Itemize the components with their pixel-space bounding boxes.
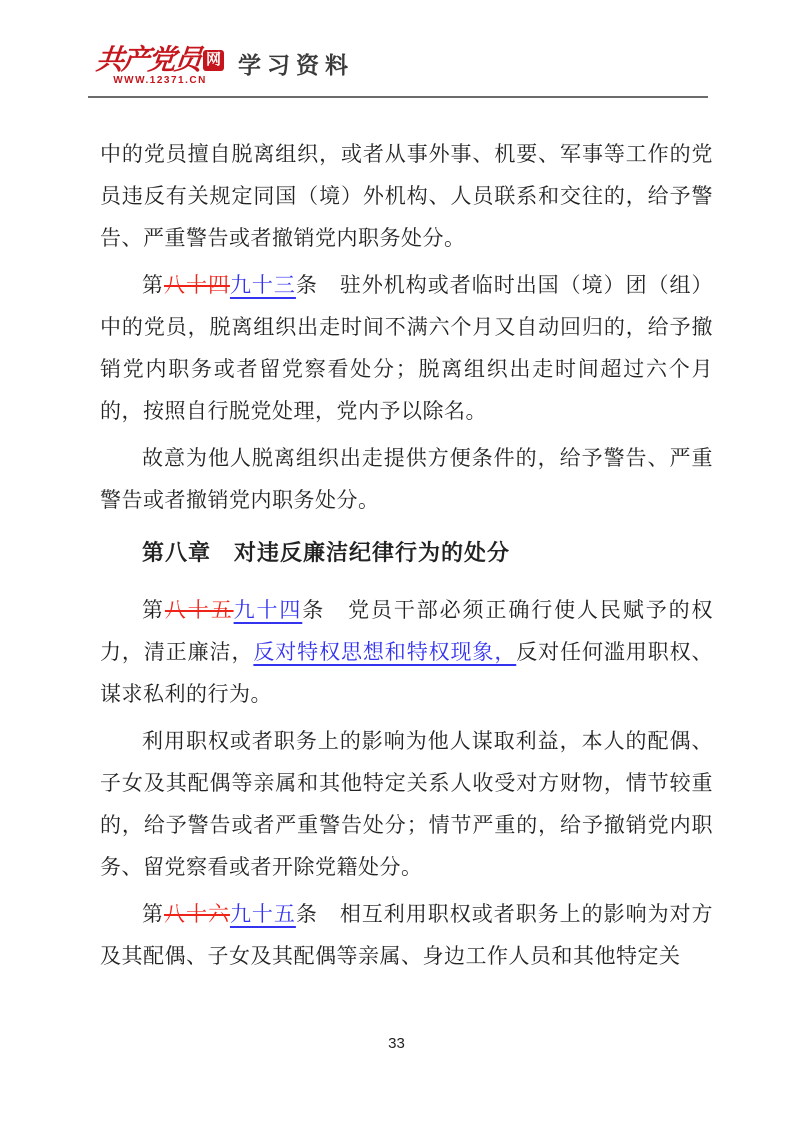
logo-net-badge: 网 bbox=[203, 50, 224, 71]
header-divider bbox=[88, 96, 708, 98]
body-text: 第 bbox=[142, 598, 165, 622]
paragraph: 中的党员擅自脱离组织，或者从事外事、机要、军事等工作的党员违反有关规定同国（境）… bbox=[100, 133, 713, 259]
site-logo: 共产党员 网 WWW.12371.CN bbox=[96, 46, 224, 86]
body-text: 利用职权或者职务上的影响为他人谋取利益，本人的配偶、子女及其配偶等亲属和其他特定… bbox=[100, 729, 713, 879]
paragraph: 第八十六九十五条 相互利用职权或者职务上的影响为对方及其配偶、子女及其配偶等亲属… bbox=[100, 893, 713, 977]
paragraph: 第八十四九十三条 驻外机构或者临时出国（境）团（组）中的党员，脱离组织出走时间不… bbox=[100, 264, 713, 432]
page-header: 共产党员 网 WWW.12371.CN 学习资料 bbox=[96, 46, 354, 86]
paragraph: 利用职权或者职务上的影响为他人谋取利益，本人的配偶、子女及其配偶等亲属和其他特定… bbox=[100, 720, 713, 888]
paragraph: 第八十五九十四条 党员干部必须正确行使人民赋予的权力，清正廉洁，反对特权思想和特… bbox=[100, 589, 713, 715]
inserted-text: 反对特权思想和特权现象， bbox=[253, 640, 516, 664]
body-text: 中的党员擅自脱离组织，或者从事外事、机要、军事等工作的党员违反有关规定同国（境）… bbox=[100, 142, 713, 250]
inserted-text: 九十四 bbox=[234, 598, 303, 622]
document-page: 共产党员 网 WWW.12371.CN 学习资料 中的党员擅自脱离组织，或者从事… bbox=[0, 0, 793, 1122]
logo-url: WWW.12371.CN bbox=[113, 76, 207, 86]
page-number: 33 bbox=[0, 1035, 793, 1052]
body-text: 第 bbox=[142, 273, 164, 297]
body-text: 故意为他人脱离组织出走提供方便条件的，给予警告、严重警告或者撤销党内职务处分。 bbox=[100, 446, 713, 512]
paragraph: 故意为他人脱离组织出走提供方便条件的，给予警告、严重警告或者撤销党内职务处分。 bbox=[100, 437, 713, 521]
document-body: 中的党员擅自脱离组织，或者从事外事、机要、军事等工作的党员违反有关规定同国（境）… bbox=[100, 133, 713, 977]
deleted-text: 八十五 bbox=[165, 598, 234, 622]
header-label: 学习资料 bbox=[238, 52, 354, 80]
body-text: 第 bbox=[142, 902, 164, 926]
deleted-text: 八十六 bbox=[164, 902, 230, 926]
deleted-text: 八十四 bbox=[164, 273, 230, 297]
inserted-text: 九十五 bbox=[230, 902, 296, 926]
inserted-text: 九十三 bbox=[230, 273, 296, 297]
chapter-heading: 第八章 对违反廉洁纪律行为的处分 bbox=[100, 532, 713, 574]
logo-brand-row: 共产党员 网 bbox=[96, 46, 224, 74]
logo-brand-text: 共产党员 bbox=[95, 46, 202, 74]
